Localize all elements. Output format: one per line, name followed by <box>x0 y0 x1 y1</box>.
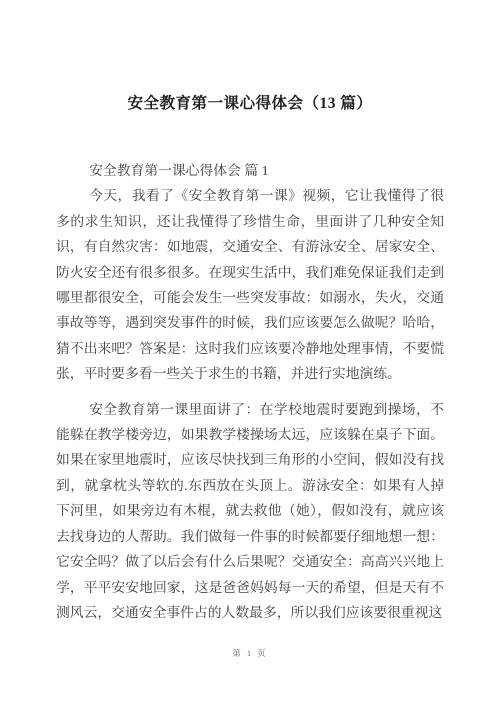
page-footer: 第 1 页 <box>0 643 500 661</box>
paragraph: 安全教育第一课里面讲了：在学校地震时要跑到操场，不能躲在教学楼旁边，如果教学楼操… <box>56 397 444 626</box>
document-title: 安全教育第一课心得体会（13 篇） <box>0 0 500 114</box>
document-page: 安全教育第一课心得体会（13 篇） 安全教育第一课心得体会 篇 1 今天，我看了… <box>0 0 500 707</box>
section-heading: 安全教育第一课心得体会 篇 1 <box>56 158 444 183</box>
page-number: 第 1 页 <box>232 648 268 658</box>
document-body: 安全教育第一课心得体会 篇 1 今天，我看了《安全教育第一课》视频，它让我懂得了… <box>56 158 444 625</box>
paragraph: 今天，我看了《安全教育第一课》视频，它让我懂得了很多的求生知识，还让我懂得了珍惜… <box>56 183 444 386</box>
